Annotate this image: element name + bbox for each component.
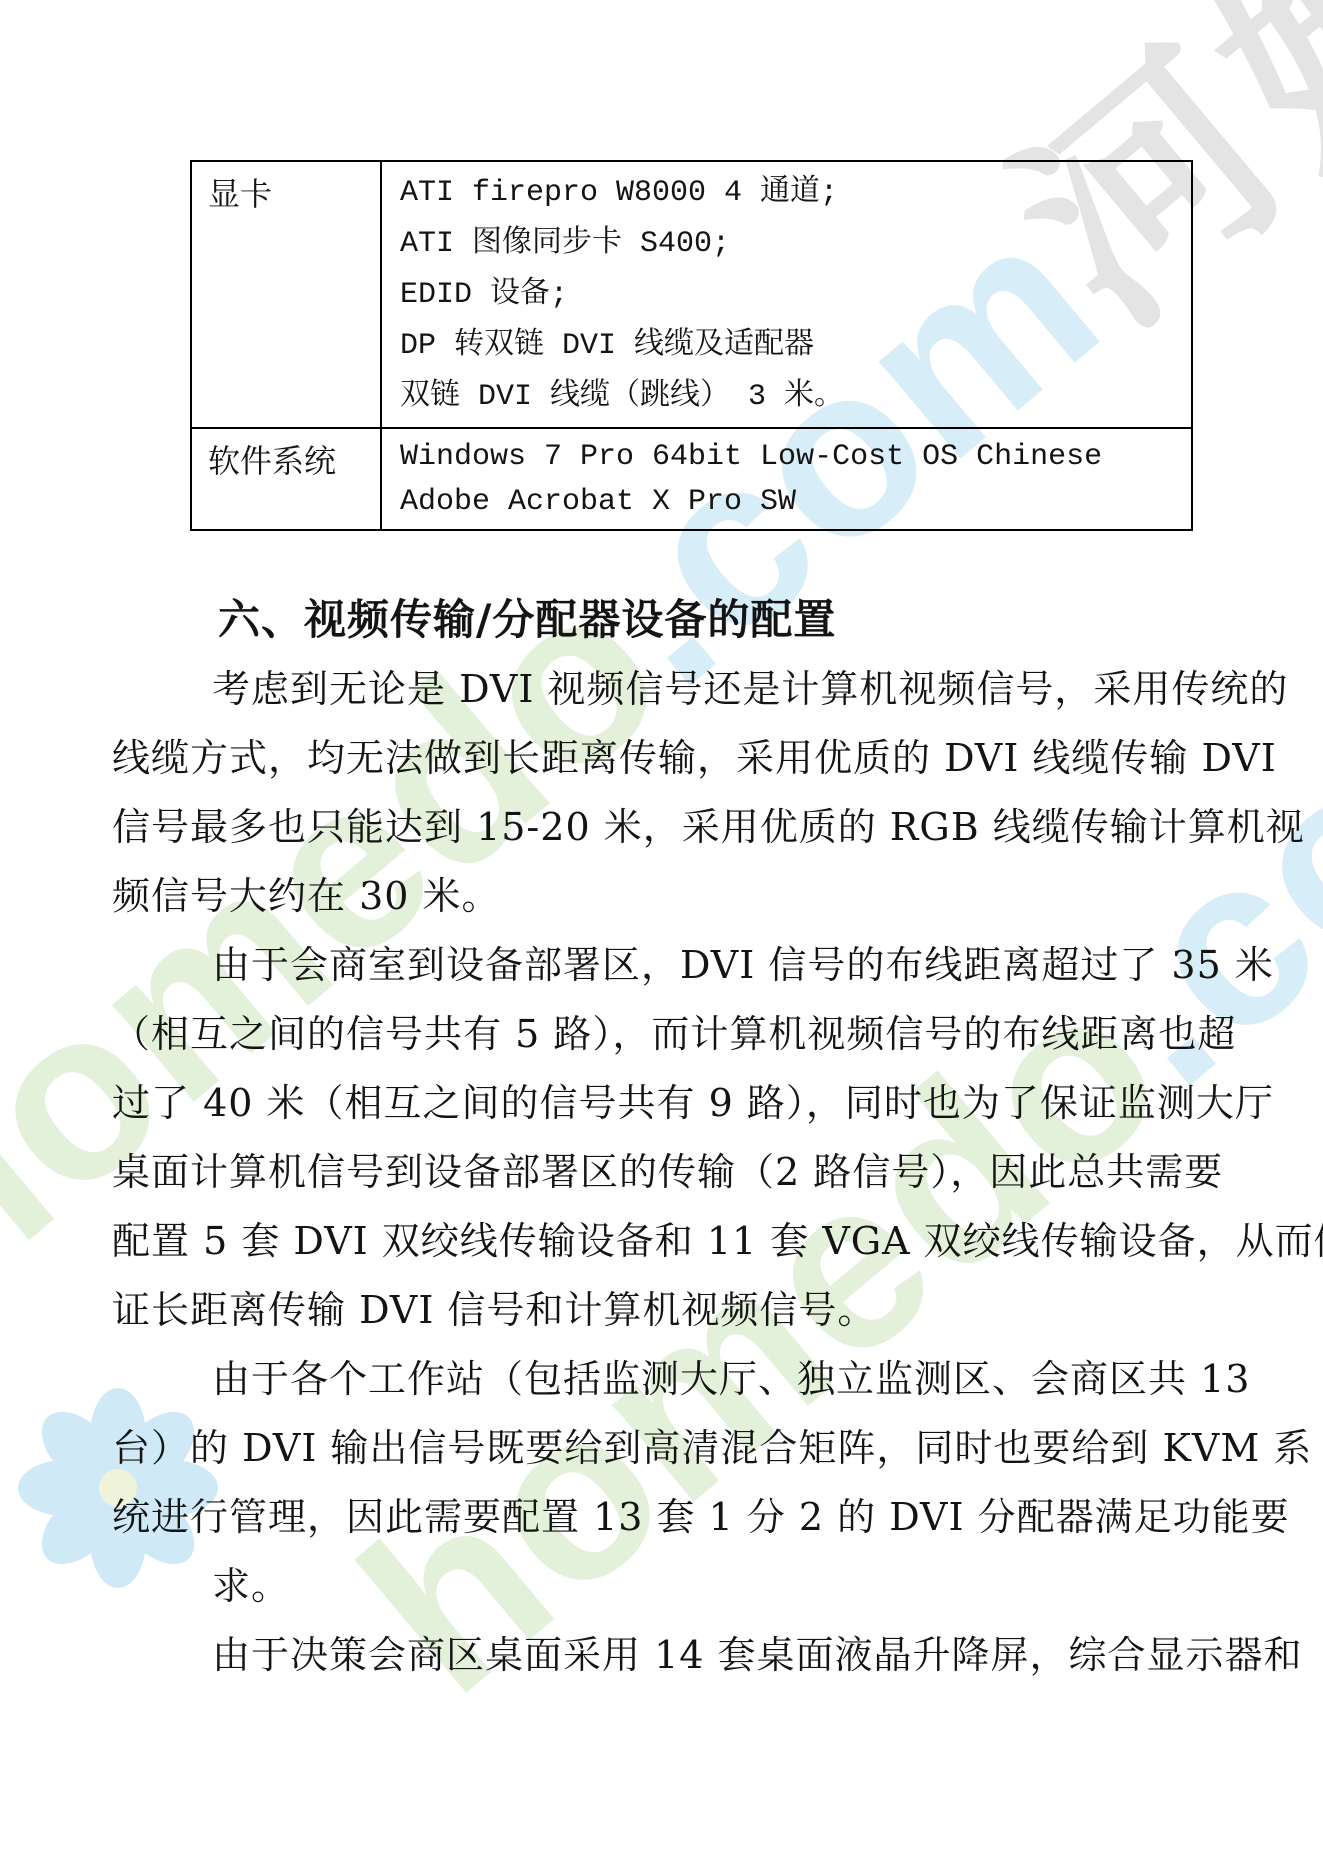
section-heading: 六、视频传输/分配器设备的配置: [218, 592, 836, 648]
table-content-line: EDID 设备;: [400, 270, 1183, 321]
table-content-cell: Windows 7 Pro 64bit Low-Cost OS ChineseA…: [380, 429, 1191, 529]
text-line: 由于会商室到设备部署区，DVI 信号的布线距离超过了 35 米: [112, 931, 1218, 1000]
text-line: 频信号大约在 30 米。: [112, 862, 1218, 931]
table-label-cell: 显卡: [192, 162, 380, 427]
table-content-line: ATI 图像同步卡 S400;: [400, 219, 1183, 270]
text-line: 信号最多也只能达到 15-20 米，采用优质的 RGB 线缆传输计算机视: [112, 793, 1218, 862]
text-line: 统进行管理，因此需要配置 13 套 1 分 2 的 DVI 分配器满足功能要: [112, 1483, 1218, 1552]
table-content-cell: ATI firepro W8000 4 通道;ATI 图像同步卡 S400;ED…: [380, 162, 1191, 427]
spec-table: 显卡ATI firepro W8000 4 通道;ATI 图像同步卡 S400;…: [190, 160, 1193, 531]
text-line: 由于各个工作站（包括监测大厅、独立监测区、会商区共 13: [112, 1345, 1218, 1414]
text-line: 证长距离传输 DVI 信号和计算机视频信号。: [112, 1276, 1218, 1345]
table-content-line: ATI firepro W8000 4 通道;: [400, 168, 1183, 219]
body-paragraphs: 考虑到无论是 DVI 视频信号还是计算机视频信号，采用传统的线缆方式，均无法做到…: [112, 655, 1218, 1690]
table-content-line: Windows 7 Pro 64bit Low-Cost OS Chinese: [400, 435, 1183, 480]
document-page: homedo.com河姆渡 homedo.com河姆渡 显卡ATI firepr…: [0, 0, 1323, 1871]
text-line: 过了 40 米（相互之间的信号共有 9 路），同时也为了保证监测大厅: [112, 1069, 1218, 1138]
text-line: 配置 5 套 DVI 双绞线传输设备和 11 套 VGA 双绞线传输设备，从而保: [112, 1207, 1218, 1276]
table-content-line: Adobe Acrobat X Pro SW: [400, 480, 1183, 525]
table-row: 显卡ATI firepro W8000 4 通道;ATI 图像同步卡 S400;…: [192, 162, 1191, 427]
text-line: 线缆方式，均无法做到长距离传输，采用优质的 DVI 线缆传输 DVI: [112, 724, 1218, 793]
text-line: （相互之间的信号共有 5 路），而计算机视频信号的布线距离也超: [112, 1000, 1218, 1069]
table-content-line: DP 转双链 DVI 线缆及适配器: [400, 321, 1183, 372]
table-label-cell: 软件系统: [192, 429, 380, 529]
table-content-line: 双链 DVI 线缆（跳线） 3 米。: [400, 372, 1183, 423]
text-line: 求。: [112, 1552, 1218, 1621]
document-content: 显卡ATI firepro W8000 4 通道;ATI 图像同步卡 S400;…: [0, 0, 1323, 1871]
text-line: 考虑到无论是 DVI 视频信号还是计算机视频信号，采用传统的: [112, 655, 1218, 724]
table-row: 软件系统Windows 7 Pro 64bit Low-Cost OS Chin…: [192, 427, 1191, 529]
text-line: 由于决策会商区桌面采用 14 套桌面液晶升降屏，综合显示器和: [112, 1621, 1218, 1690]
text-line: 桌面计算机信号到设备部署区的传输（2 路信号），因此总共需要: [112, 1138, 1218, 1207]
text-line: 台）的 DVI 输出信号既要给到高清混合矩阵，同时也要给到 KVM 系: [112, 1414, 1218, 1483]
